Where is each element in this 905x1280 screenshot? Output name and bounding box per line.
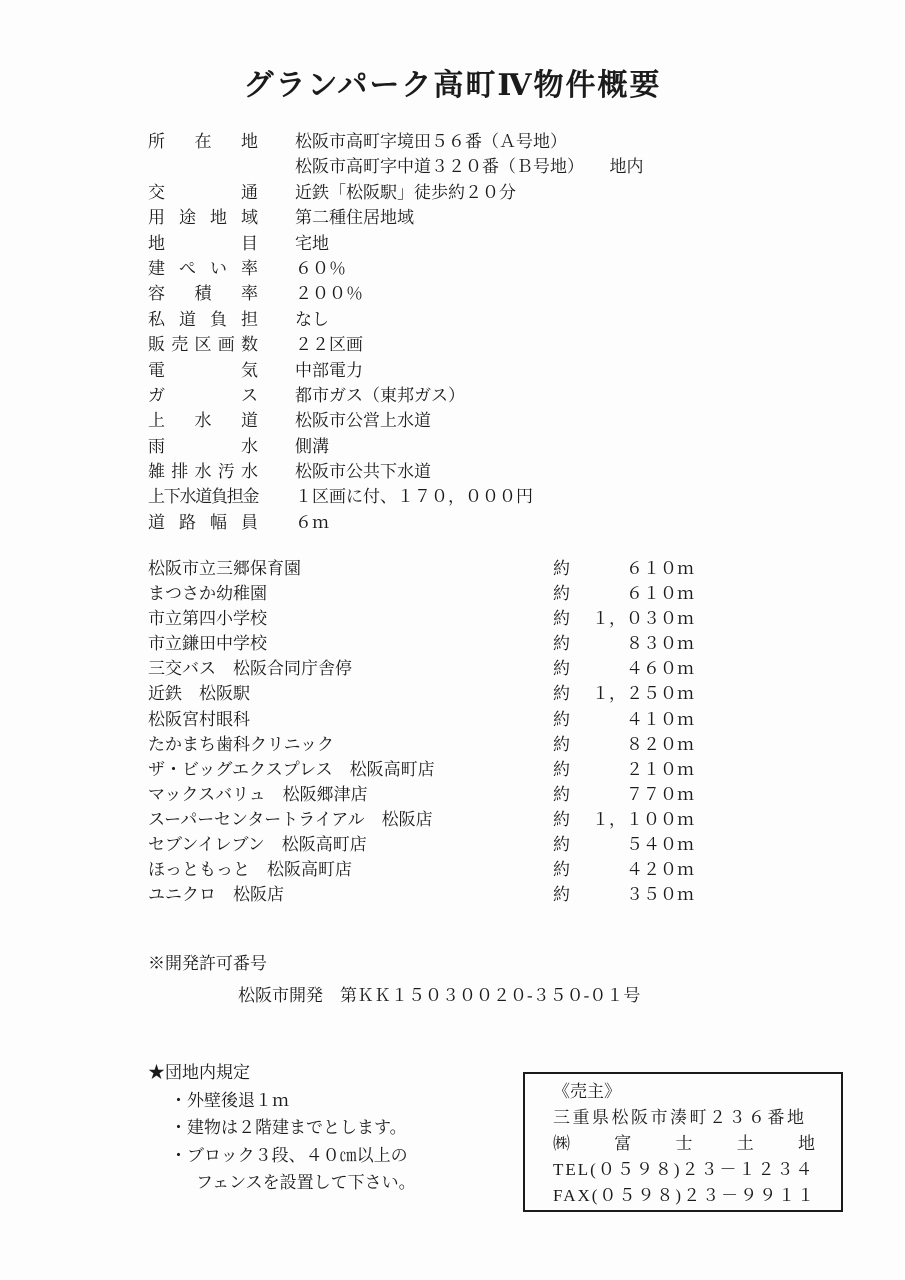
facility-distance: 約６１０ｍ	[553, 581, 694, 606]
distance-value: ６１０ｍ	[626, 581, 694, 606]
detail-label: 上下水道負担金	[148, 484, 258, 509]
detail-value: ２００％	[295, 281, 363, 306]
detail-value: 第二種住居地域	[295, 205, 414, 230]
detail-label: 私道負担	[148, 307, 258, 332]
facility-distance: 約８３０ｍ	[553, 631, 694, 656]
detail-row: 地目宅地	[148, 231, 644, 256]
property-overview-document: { "doc": { "title": "グランパーク高町Ⅳ物件概要" }, "…	[0, 0, 905, 1280]
approx-label: 約	[553, 707, 570, 732]
facility-name: ほっともっと 松阪高町店	[148, 857, 352, 882]
detail-label: 上水道	[148, 408, 258, 433]
facility-distance: 約４６０ｍ	[553, 656, 694, 681]
distance-value: １，１００ｍ	[592, 807, 694, 832]
facility-row: たかまち歯科クリニック約８２０ｍ	[148, 732, 694, 757]
detail-value: ６ｍ	[295, 510, 329, 535]
distance-value: ６１０ｍ	[626, 556, 694, 581]
distance-value: ３５０ｍ	[626, 882, 694, 907]
facility-distance: 約７７０ｍ	[553, 782, 694, 807]
approx-label: 約	[553, 832, 570, 857]
facility-row: ほっともっと 松阪高町店約４２０ｍ	[148, 857, 694, 882]
facility-name: ユニクロ 松阪店	[148, 882, 284, 907]
regulation-item: ・建物は２階建までとします。	[170, 1114, 416, 1142]
page-title: グランパーク高町Ⅳ物件概要	[0, 60, 905, 104]
detail-value: 側溝	[295, 434, 329, 459]
detail-label: 用途地域	[148, 205, 258, 230]
detail-row: 用途地域第二種住居地域	[148, 205, 644, 230]
detail-label: 電気	[148, 358, 258, 383]
permit-heading: ※開発許可番号	[148, 951, 640, 977]
detail-row: 上水道松阪市公営上水道	[148, 408, 644, 433]
detail-label: 販売区画数	[148, 332, 258, 357]
facility-distance: 約１，０３０ｍ	[553, 606, 694, 631]
facility-name: マックスバリュ 松阪郷津店	[148, 782, 368, 807]
facility-name: まつさか幼稚園	[148, 581, 267, 606]
facility-row: セブンイレブン 松阪高町店約５４０ｍ	[148, 832, 694, 857]
approx-label: 約	[553, 681, 570, 706]
approx-label: 約	[553, 606, 570, 631]
approx-label: 約	[553, 782, 570, 807]
regulation-item: ・ブロック３段、４０㎝以上の	[170, 1142, 416, 1170]
detail-value: 近鉄「松阪駅」徒歩約２０分	[295, 180, 516, 205]
detail-row: 上下水道負担金１区画に付、１７０，０００円	[148, 484, 644, 509]
facility-row: ユニクロ 松阪店約３５０ｍ	[148, 882, 694, 907]
facility-distance: 約５４０ｍ	[553, 832, 694, 857]
facility-row: ザ・ビッグエクスプレス 松阪高町店約２１０ｍ	[148, 757, 694, 782]
detail-row: 松阪市高町字中道３２０番（Ｂ号地） 地内	[148, 154, 644, 179]
detail-value: なし	[295, 307, 329, 332]
distance-value: １，０３０ｍ	[592, 606, 694, 631]
facility-row: 松阪宮村眼科約４１０ｍ	[148, 707, 694, 732]
regulations-heading: ★団地内規定	[148, 1059, 416, 1087]
detail-row: 道路幅員６ｍ	[148, 510, 644, 535]
detail-row: 所在地松阪市高町字境田５６番（Ａ号地）	[148, 129, 644, 154]
detail-label: 雨水	[148, 434, 258, 459]
detail-value: 松阪市高町字中道３２０番（Ｂ号地） 地内	[295, 154, 644, 179]
detail-value: ６０％	[295, 256, 346, 281]
detail-label: 交通	[148, 180, 258, 205]
distance-value: ８２０ｍ	[626, 732, 694, 757]
facility-distance: 約３５０ｍ	[553, 882, 694, 907]
detail-value: 松阪市公共下水道	[295, 459, 431, 484]
detail-row: 建ぺい率６０％	[148, 256, 644, 281]
distance-value: ４１０ｍ	[626, 707, 694, 732]
detail-value: ２２区画	[295, 332, 363, 357]
facility-name: 松阪市立三郷保育園	[148, 556, 301, 581]
facility-name: 三交バス 松阪合同庁舎停	[148, 656, 352, 681]
facility-row: 市立第四小学校約１，０３０ｍ	[148, 606, 694, 631]
permit-number: 松阪市開発 第ＫＫ１５０３００２０-３５０-０１号	[238, 983, 640, 1009]
estate-regulations-section: ★団地内規定 ・外壁後退１ｍ ・建物は２階建までとします。 ・ブロック３段、４０…	[148, 1059, 416, 1197]
detail-label: 雑排水汚水	[148, 459, 258, 484]
facility-row: まつさか幼稚園約６１０ｍ	[148, 581, 694, 606]
facility-row: 松阪市立三郷保育園約６１０ｍ	[148, 556, 694, 581]
development-permit-section: ※開発許可番号 松阪市開発 第ＫＫ１５０３００２０-３５０-０１号	[148, 951, 640, 1009]
detail-value: １区画に付、１７０，０００円	[295, 484, 533, 509]
detail-row: 容積率２００％	[148, 281, 644, 306]
facility-row: マックスバリュ 松阪郷津店約７７０ｍ	[148, 782, 694, 807]
regulation-item-continuation: フェンスを設置して下さい。	[196, 1169, 416, 1197]
facility-row: 三交バス 松阪合同庁舎停約４６０ｍ	[148, 656, 694, 681]
approx-label: 約	[553, 882, 570, 907]
nearby-facilities-list: 松阪市立三郷保育園約６１０ｍ まつさか幼稚園約６１０ｍ 市立第四小学校約１，０３…	[148, 556, 694, 907]
seller-address: 三重県松阪市湊町２３６番地	[553, 1105, 841, 1131]
seller-fax: FAX(０５９８)２３－９９１１	[553, 1183, 841, 1209]
detail-row: 雨水側溝	[148, 434, 644, 459]
facility-name: 市立鎌田中学校	[148, 631, 267, 656]
facility-name: セブンイレブン 松阪高町店	[148, 832, 367, 857]
detail-value: 都市ガス（東邦ガス）	[295, 383, 465, 408]
distance-value: ２１０ｍ	[626, 757, 694, 782]
detail-value: 松阪市公営上水道	[295, 408, 431, 433]
distance-value: ５４０ｍ	[626, 832, 694, 857]
detail-label: 容積率	[148, 281, 258, 306]
distance-value: ８３０ｍ	[626, 631, 694, 656]
facility-distance: 約１，１００ｍ	[553, 807, 694, 832]
facility-row: 近鉄 松阪駅約１，２５０ｍ	[148, 681, 694, 706]
facility-name: 松阪宮村眼科	[148, 707, 250, 732]
detail-row: 私道負担なし	[148, 307, 644, 332]
seller-company-name: ㈱富士土地	[553, 1131, 815, 1157]
facility-name: 近鉄 松阪駅	[148, 681, 250, 706]
detail-row: 交通近鉄「松阪駅」徒歩約２０分	[148, 180, 644, 205]
approx-label: 約	[553, 631, 570, 656]
distance-value: ４２０ｍ	[626, 857, 694, 882]
facility-name: 市立第四小学校	[148, 606, 267, 631]
seller-info-box: 《売主》 三重県松阪市湊町２３６番地 ㈱富士土地 TEL(０５９８)２３－１２３…	[523, 1072, 843, 1212]
detail-label: 建ぺい率	[148, 256, 258, 281]
facility-name: ザ・ビッグエクスプレス 松阪高町店	[148, 757, 435, 782]
distance-value: １，２５０ｍ	[592, 681, 694, 706]
facility-distance: 約４１０ｍ	[553, 707, 694, 732]
detail-label: 道路幅員	[148, 510, 258, 535]
facility-distance: 約１，２５０ｍ	[553, 681, 694, 706]
facility-distance: 約４２０ｍ	[553, 857, 694, 882]
facility-distance: 約２１０ｍ	[553, 757, 694, 782]
approx-label: 約	[553, 757, 570, 782]
facility-name: スーパーセンタートライアル 松阪店	[148, 807, 433, 832]
approx-label: 約	[553, 732, 570, 757]
approx-label: 約	[553, 857, 570, 882]
detail-row: 電気中部電力	[148, 358, 644, 383]
detail-row: 雑排水汚水松阪市公共下水道	[148, 459, 644, 484]
approx-label: 約	[553, 807, 570, 832]
detail-value: 中部電力	[295, 358, 363, 383]
detail-row: ガス都市ガス（東邦ガス）	[148, 383, 644, 408]
detail-row: 販売区画数２２区画	[148, 332, 644, 357]
approx-label: 約	[553, 581, 570, 606]
facility-name: たかまち歯科クリニック	[148, 732, 334, 757]
detail-value: 松阪市高町字境田５６番（Ａ号地）	[295, 129, 567, 154]
facility-row: 市立鎌田中学校約８３０ｍ	[148, 631, 694, 656]
property-details-list: 所在地松阪市高町字境田５６番（Ａ号地） 松阪市高町字中道３２０番（Ｂ号地） 地内…	[148, 129, 644, 535]
facility-distance: 約６１０ｍ	[553, 556, 694, 581]
distance-value: ７７０ｍ	[626, 782, 694, 807]
seller-heading: 《売主》	[553, 1079, 841, 1105]
detail-label: ガス	[148, 383, 258, 408]
detail-value: 宅地	[295, 231, 329, 256]
detail-label: 地目	[148, 231, 258, 256]
facility-row: スーパーセンタートライアル 松阪店約１，１００ｍ	[148, 807, 694, 832]
regulation-item: ・外壁後退１ｍ	[170, 1087, 416, 1115]
seller-tel: TEL(０５９８)２３－１２３４	[553, 1157, 841, 1183]
approx-label: 約	[553, 556, 570, 581]
approx-label: 約	[553, 656, 570, 681]
distance-value: ４６０ｍ	[626, 656, 694, 681]
facility-distance: 約８２０ｍ	[553, 732, 694, 757]
detail-label: 所在地	[148, 129, 258, 154]
